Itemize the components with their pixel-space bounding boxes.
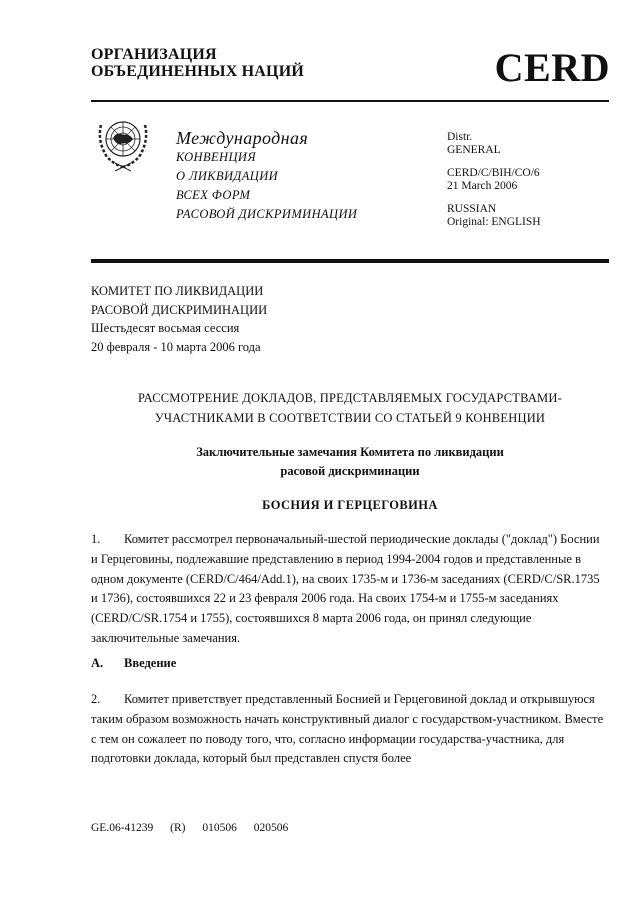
- distribution-block: Distr. GENERAL CERD/C/BIH/CO/6 21 March …: [447, 131, 541, 228]
- convention-title: Международная конвенция о ликвидации все…: [176, 129, 357, 224]
- convention-line-1: Международная: [176, 129, 357, 148]
- committee-block: КОМИТЕТ ПО ЛИКВИДАЦИИ РАСОВОЙ ДИСКРИМИНА…: [91, 282, 267, 356]
- organization-name: ОРГАНИЗАЦИЯ ОБЪЕДИНЕННЫХ НАЦИЙ: [91, 46, 304, 80]
- consideration-line-2: УЧАСТНИКАМИ В СООТВЕТСТВИИ СО СТАТЬЕЙ 9 …: [91, 409, 609, 429]
- session-dates: 20 февраля - 10 марта 2006 года: [91, 338, 267, 357]
- header-divider: [91, 100, 609, 102]
- original-language: Original: ENGLISH: [447, 216, 541, 229]
- section-number: A.: [91, 656, 124, 671]
- footer-date-2: 020506: [254, 822, 289, 834]
- footer-job-line: GE.06-41239 (R) 010506 020506: [91, 822, 302, 834]
- consideration-line-1: РАССМОТРЕНИЕ ДОКЛАДОВ, ПРЕДСТАВЛЯЕМЫХ ГО…: [91, 389, 609, 409]
- section-title: Введение: [124, 656, 176, 670]
- thick-divider: [91, 259, 609, 263]
- committee-line-2: РАСОВОЙ ДИСКРИМИНАЦИИ: [91, 301, 267, 320]
- consideration-heading: РАССМОТРЕНИЕ ДОКЛАДОВ, ПРЕДСТАВЛЯЕМЫХ ГО…: [91, 389, 609, 428]
- paragraph-number: 1.: [91, 530, 124, 550]
- job-number: GE.06-41239: [91, 822, 153, 834]
- paragraph-text: Комитет приветствует представленный Босн…: [91, 692, 603, 765]
- footer-date-1: 010506: [202, 822, 237, 834]
- convention-line-3: о ликвидации: [176, 167, 357, 186]
- paragraph-text: Комитет рассмотрел первоначальный-шестой…: [91, 532, 600, 645]
- paragraph-number: 2.: [91, 690, 124, 710]
- paragraph-2: 2.Комитет приветствует представленный Бо…: [91, 690, 609, 769]
- document-symbol-logo: CERD: [495, 46, 610, 90]
- paragraph-1: 1.Комитет рассмотрел первоначальный-шест…: [91, 530, 609, 649]
- organization-line-1: ОРГАНИЗАЦИЯ: [91, 46, 304, 63]
- convention-line-2: конвенция: [176, 148, 357, 167]
- distr-value: GENERAL: [447, 144, 541, 157]
- language-code: (R): [170, 822, 185, 834]
- session: Шестьдесят восьмая сессия: [91, 319, 267, 338]
- convention-line-4: всех форм: [176, 186, 357, 205]
- distr-label: Distr.: [447, 131, 541, 144]
- conclusions-line-2: расовой дискриминации: [91, 462, 609, 481]
- organization-line-2: ОБЪЕДИНЕННЫХ НАЦИЙ: [91, 63, 304, 80]
- un-emblem-icon: [93, 111, 153, 175]
- country-heading: БОСНИЯ И ГЕРЦЕГОВИНА: [91, 496, 609, 514]
- conclusions-heading: Заключительные замечания Комитета по лик…: [91, 443, 609, 481]
- doc-symbol: CERD/C/BIH/CO/6: [447, 167, 541, 180]
- committee-line-1: КОМИТЕТ ПО ЛИКВИДАЦИИ: [91, 282, 267, 301]
- doc-language: RUSSIAN: [447, 203, 541, 216]
- convention-line-5: расовой дискриминации: [176, 205, 357, 224]
- section-a-heading: A.Введение: [91, 656, 176, 671]
- conclusions-line-1: Заключительные замечания Комитета по лик…: [91, 443, 609, 462]
- doc-date: 21 March 2006: [447, 180, 541, 193]
